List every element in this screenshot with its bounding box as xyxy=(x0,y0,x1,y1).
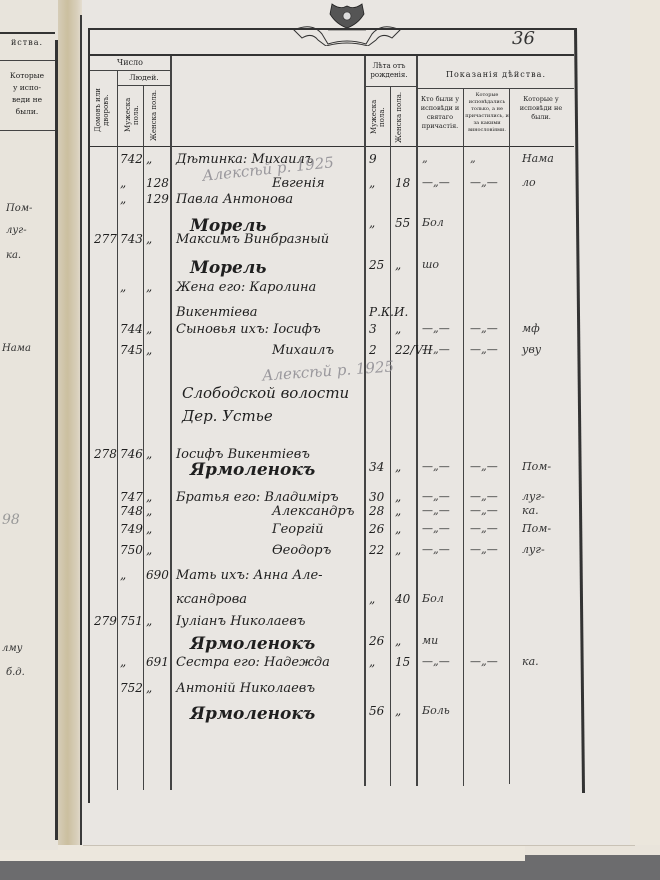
cell-name: Максимъ Винбразный xyxy=(176,232,329,247)
cell-age-m: 26 xyxy=(369,634,384,648)
cell-age-m: 2 xyxy=(369,343,377,357)
cell-male-no: 750 xyxy=(120,543,143,557)
cell-confessed: —„— xyxy=(422,490,450,503)
cell-not: ка. xyxy=(522,655,539,668)
cell-age-f: „ xyxy=(395,522,401,536)
divider xyxy=(0,130,55,131)
cell-confessed: —„— xyxy=(422,176,450,189)
cell-age-m: 25 xyxy=(369,258,384,272)
column-rule xyxy=(170,56,172,790)
margin-entry: ка. xyxy=(6,250,21,261)
cell-age-f: „ xyxy=(395,258,401,272)
cell-female-no: „ xyxy=(146,343,152,357)
cell-female-no: „ xyxy=(146,280,152,294)
cell-confessed: —„— xyxy=(422,543,450,556)
text: были. xyxy=(2,106,52,118)
cell-male-no: 742 xyxy=(120,152,143,166)
cell-confessed: Бол xyxy=(422,216,444,229)
cell-not: луг- xyxy=(522,490,545,503)
book-gutter xyxy=(58,0,82,845)
cell-age-m: 22 xyxy=(369,543,384,557)
header-bottom-rule xyxy=(90,146,574,147)
cell-male-no: „ xyxy=(120,176,126,190)
divider xyxy=(118,85,170,86)
cell-male-no: 745 xyxy=(120,343,143,357)
cell-male-no: 752 xyxy=(120,681,143,695)
cell-female-no: „ xyxy=(146,490,152,504)
cell-confessed: —„— xyxy=(422,460,450,473)
cell-male-no: 747 xyxy=(120,490,143,504)
frame-border xyxy=(88,28,90,803)
cell-confessed: —„— xyxy=(422,655,450,668)
cell-not: мф xyxy=(522,322,540,335)
divider xyxy=(0,60,55,61)
header-households: Домовъ или дворовъ. xyxy=(94,80,112,140)
page-edge xyxy=(630,0,660,845)
cell-name: Михаилъ xyxy=(272,343,334,358)
header-confessed: Кто были у исповѣди и святаго причастія. xyxy=(418,95,462,131)
cell-name: Морель xyxy=(190,258,267,278)
cell-only: —„— xyxy=(470,504,498,517)
cell-confessed: —„— xyxy=(422,504,450,517)
cell-confessed: „ xyxy=(422,152,428,165)
cell-age-m: 9 xyxy=(369,152,377,166)
margin-entry: б.д. xyxy=(6,667,25,678)
cell-female-no: 128 xyxy=(146,176,169,190)
page-number: 36 xyxy=(512,28,535,49)
cell-age-m: „ xyxy=(369,216,375,230)
cell-only: —„— xyxy=(470,343,498,356)
cell-only: —„— xyxy=(470,490,498,503)
cell-name: Ярмоленокъ xyxy=(190,460,315,480)
cell-age-f: „ xyxy=(395,634,401,648)
cell-name: Мать ихъ: Анна Але- xyxy=(176,568,323,583)
cell-age-m: „ xyxy=(369,655,375,669)
cell-female-no: „ xyxy=(146,447,152,461)
column-rule xyxy=(117,70,118,790)
header-female: Женска пола. xyxy=(150,88,162,142)
cell-only: —„— xyxy=(470,176,498,189)
pencil-annotation: Алексѣй р. 1925 xyxy=(262,357,395,384)
cell-not: луг- xyxy=(522,543,545,556)
cell-male-no: 749 xyxy=(120,522,143,536)
left-page: йства. Которые у испо- веди не были. Пом… xyxy=(0,0,58,850)
cell-confessed: —„— xyxy=(422,522,450,535)
left-column-header: Которые у испо- веди не были. xyxy=(2,70,52,118)
cell-age-f: „ xyxy=(395,490,401,504)
cell-name: Сыновья ихъ: Іосифъ xyxy=(176,322,321,337)
margin-entry: Пом- xyxy=(6,203,32,214)
cell-name: Павла Антонова xyxy=(176,192,293,207)
cell-confessed: Боль xyxy=(422,704,450,717)
column-rule xyxy=(463,88,464,786)
cell-age-f: „ xyxy=(395,322,401,336)
cell-age-f: „ xyxy=(395,704,401,718)
cell-male-no: „ xyxy=(120,568,126,582)
cell-only: —„— xyxy=(470,522,498,535)
coat-of-arms-icon xyxy=(292,0,402,46)
cell-age-m: 56 xyxy=(369,704,384,718)
cell-age-m: 28 xyxy=(369,504,384,518)
margin-entry: Нама xyxy=(2,343,31,354)
header-chislo: Число xyxy=(90,58,170,67)
text: Которые xyxy=(2,70,52,82)
cell-age-m: 30 xyxy=(369,490,384,504)
header-confessed-only: Которые исповѣдались только, а не причас… xyxy=(464,92,510,134)
cell-name: Жена его: Каролина xyxy=(176,280,316,295)
cell-only: —„— xyxy=(470,322,498,335)
margin-entry: луг- xyxy=(6,225,27,236)
margin-entry: 98 xyxy=(2,512,20,528)
text: у испо- xyxy=(2,82,52,94)
cell-age-m: 34 xyxy=(369,460,384,474)
text: веди не xyxy=(2,94,52,106)
header-not-confessed: Которые у исповѣди не были. xyxy=(510,95,572,122)
cell-female-no: „ xyxy=(146,322,152,336)
cell-name: Сестра его: Надежда xyxy=(176,655,330,670)
cell-only: „ xyxy=(470,152,476,165)
cell-name: Дер. Устье xyxy=(182,407,273,425)
cell-age-m: Р.К.И. xyxy=(369,305,408,319)
cell-age-f: 55 xyxy=(395,216,410,230)
cell-name: Евгенія xyxy=(272,176,325,191)
cell-age-m: „ xyxy=(369,176,375,190)
cell-confessed: шо xyxy=(422,258,439,271)
header-age-male: Мужеска пола. xyxy=(370,90,382,144)
cell-male-no: 746 xyxy=(120,447,143,461)
cell-male-no: „ xyxy=(120,655,126,669)
header-age: Лѣта отъ рожденія. xyxy=(365,62,413,80)
left-page-header: йства. xyxy=(0,38,54,47)
divider xyxy=(0,32,55,34)
cell-female-no: 129 xyxy=(146,192,169,206)
cell-female-no: 691 xyxy=(146,655,169,669)
cell-male-no: „ xyxy=(120,280,126,294)
cell-age-f: 18 xyxy=(395,176,410,190)
cell-male-no: 751 xyxy=(120,614,143,628)
cell-name: ксандрова xyxy=(176,592,247,607)
cell-female-no: „ xyxy=(146,614,152,628)
margin-entry: лму xyxy=(2,643,22,654)
cell-name: Ѳеодоръ xyxy=(272,543,331,558)
cell-household: 277 xyxy=(94,232,117,246)
cell-name: Ярмоленокъ xyxy=(190,704,315,724)
cell-male-no: 748 xyxy=(120,504,143,518)
divider xyxy=(416,88,574,89)
cell-confessed: ми xyxy=(422,634,438,647)
cell-age-f: 40 xyxy=(395,592,410,606)
divider xyxy=(90,70,170,71)
cell-name: Антоній Николаевъ xyxy=(176,681,315,696)
cell-female-no: „ xyxy=(146,522,152,536)
column-rule xyxy=(390,86,391,786)
cell-name: Ярмоленокъ xyxy=(190,634,315,654)
cell-not: уву xyxy=(522,343,541,356)
cell-not: Нама xyxy=(522,152,554,165)
cell-name: Георгій xyxy=(272,522,324,537)
cell-name: Слободской волости xyxy=(182,384,349,402)
cell-age-f: 15 xyxy=(395,655,410,669)
column-rule xyxy=(416,56,418,786)
cell-age-f: „ xyxy=(395,460,401,474)
header-male: Мужеска пола. xyxy=(124,88,136,142)
cell-male-no: 744 xyxy=(120,322,143,336)
cell-male-no: „ xyxy=(120,192,126,206)
header-actions: Показанія дѣйства. xyxy=(418,70,574,79)
cell-not: Пом- xyxy=(522,522,551,535)
cell-not: Пом- xyxy=(522,460,551,473)
cell-female-no: 690 xyxy=(146,568,169,582)
register-page: 36 Число Людей. Домовъ или дворовъ. Муже… xyxy=(82,0,634,845)
cell-not: ло xyxy=(522,176,536,189)
cell-only: —„— xyxy=(470,460,498,473)
frame-border xyxy=(574,28,585,793)
frame-border xyxy=(88,28,574,30)
cell-household: 278 xyxy=(94,447,117,461)
cell-male-no: 743 xyxy=(120,232,143,246)
header-age-female: Женска пола. xyxy=(395,90,407,144)
cell-age-m: „ xyxy=(369,592,375,606)
cell-name: Викентіева xyxy=(176,305,257,320)
cell-confessed: —„— xyxy=(422,343,450,356)
cell-confessed: —„— xyxy=(422,322,450,335)
cell-age-f: „ xyxy=(395,543,401,557)
cell-female-no: „ xyxy=(146,504,152,518)
column-rule xyxy=(143,86,144,790)
cell-name: Іуліанъ Николаевъ xyxy=(176,614,305,629)
cell-name: Александръ xyxy=(272,504,354,519)
cell-age-m: 26 xyxy=(369,522,384,536)
cell-only: —„— xyxy=(470,655,498,668)
cell-age-f: „ xyxy=(395,504,401,518)
column-rule xyxy=(509,88,510,784)
cell-not: ка. xyxy=(522,504,539,517)
cell-female-no: „ xyxy=(146,681,152,695)
cell-age-m: 3 xyxy=(369,322,377,336)
header-people: Людей. xyxy=(118,73,170,82)
cell-female-no: „ xyxy=(146,232,152,246)
cell-female-no: „ xyxy=(146,543,152,557)
column-rule xyxy=(364,56,366,786)
cell-name: Братья его: Владиміръ xyxy=(176,490,339,505)
cell-household: 279 xyxy=(94,614,117,628)
frame-border xyxy=(88,54,574,56)
cell-only: —„— xyxy=(470,543,498,556)
cell-female-no: „ xyxy=(146,152,152,166)
cell-confessed: Бол xyxy=(422,592,444,605)
